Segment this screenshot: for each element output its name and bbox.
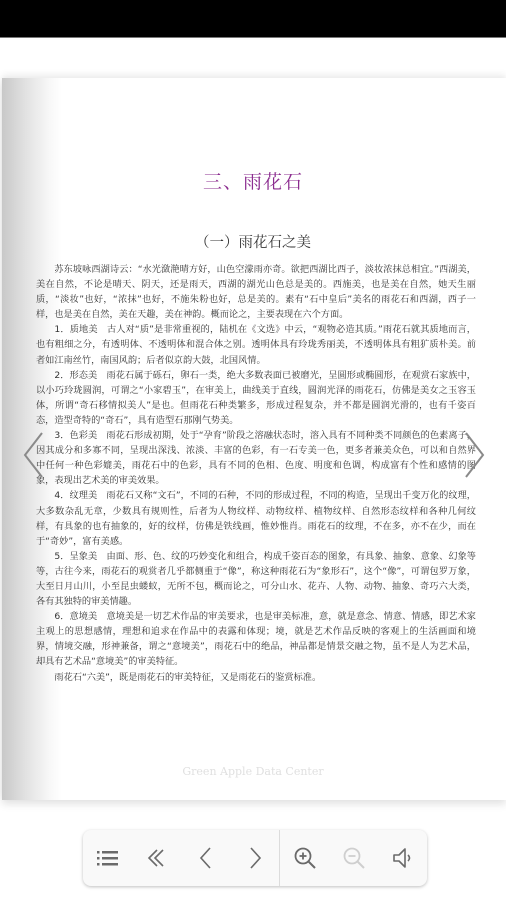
chevron-left-icon	[22, 425, 44, 485]
chapter-title: 三、雨花石	[0, 167, 506, 194]
speaker-icon	[390, 845, 416, 871]
double-chevron-left-icon	[144, 845, 170, 871]
paragraph: 苏东坡咏西湖诗云：“水光潋滟晴方好，山色空濛雨亦奇。欲把西湖比西子，淡妆浓抹总相…	[36, 262, 476, 322]
chevron-right-icon	[242, 845, 268, 871]
section-title: （一）雨花石之美	[0, 231, 506, 252]
paragraph: 雨花石“六美”，既是雨花石的审美特征，又是雨花石的鉴赏标准。	[36, 670, 476, 685]
list-icon	[95, 845, 121, 871]
watermark: Green Apple Data Center	[0, 765, 506, 778]
zoom-out-button[interactable]	[329, 830, 378, 886]
read-aloud-button[interactable]	[378, 830, 427, 886]
prev-page-arrow[interactable]	[22, 425, 44, 485]
paragraph: 1．质地美 古人对“质”是非常重视的，陆机在《文选》中云，“观物必造其质。”雨花…	[36, 322, 476, 367]
previous-page-button[interactable]	[181, 830, 230, 886]
zoom-out-icon	[341, 845, 367, 871]
next-page-arrow[interactable]	[464, 425, 486, 485]
chevron-right-icon	[464, 425, 486, 485]
status-bar	[0, 0, 506, 38]
paragraph: 6．意境美 意境美是一切艺术作品的审美要求，也是审美标准，意，就是意念、情意、情…	[36, 609, 476, 669]
body-text: 苏东坡咏西湖诗云：“水光潋滟晴方好，山色空濛雨亦奇。欲把西湖比西子，淡妆浓抹总相…	[36, 262, 476, 685]
paragraph: 3．色彩美 雨花石形成初期，处于“孕育”阶段之溶融状态时，溶入具有不同种类不同颜…	[36, 428, 476, 488]
next-page-button[interactable]	[230, 830, 279, 886]
first-page-button[interactable]	[132, 830, 181, 886]
zoom-in-icon	[292, 845, 318, 871]
zoom-in-button[interactable]	[280, 830, 329, 886]
table-of-contents-button[interactable]	[83, 830, 132, 886]
paragraph: 2．形态美 雨花石属于砾石，卵石一类，绝大多数表面已被磨光，呈圆形或椭圆形，在观…	[36, 368, 476, 428]
paragraph: 4．纹理美 雨花石又称“文石”，不同的石种，不同的形成过程，不同的构造，呈现出千…	[36, 488, 476, 548]
chevron-left-icon	[193, 845, 219, 871]
paragraph: 5．呈象美 由面、形、色、纹的巧妙变化和组合，构成千姿百态的图象，有具象、抽象、…	[36, 549, 476, 609]
reader-toolbar	[83, 830, 427, 886]
